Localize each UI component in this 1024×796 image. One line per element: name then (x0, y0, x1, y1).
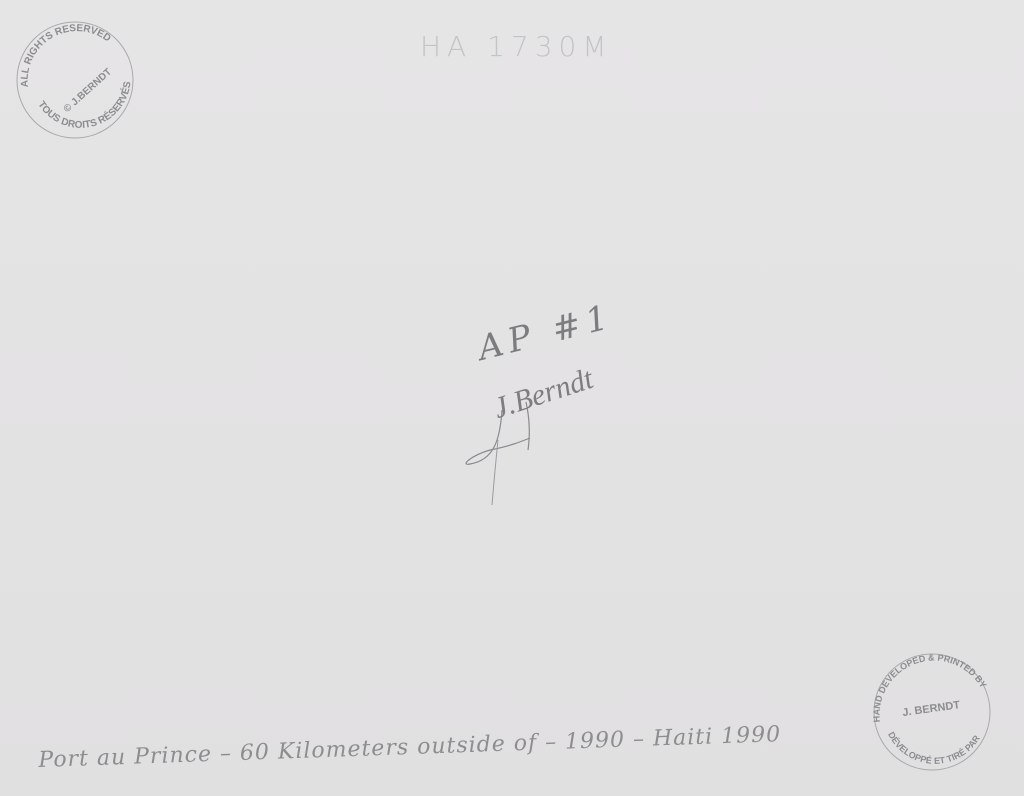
inventory-number: HA 1730M (420, 30, 613, 63)
edition-mark: AP #1 (474, 297, 618, 369)
copyright-stamp-graphic: ALL RIGHTS RESERVED TOUS DROITS RÉSERVÉS… (8, 12, 138, 142)
printer-stamp: HAND DEVELOPED & PRINTED BY DÉVELOPPÉ ET… (866, 648, 996, 768)
photo-verso-paper: ALL RIGHTS RESERVED TOUS DROITS RÉSERVÉS… (0, 0, 1024, 796)
artist-signature: J.Berndt (460, 380, 640, 510)
printer-stamp-graphic: HAND DEVELOPED & PRINTED BY DÉVELOPPÉ ET… (866, 648, 996, 768)
printer-stamp-center-text: J. BERNDT (902, 699, 961, 719)
copyright-stamp-center-text: © J.BERNDT (62, 67, 114, 115)
handwritten-caption: Port au Prince – 60 Kilometers outside o… (38, 722, 782, 773)
copyright-stamp: ALL RIGHTS RESERVED TOUS DROITS RÉSERVÉS… (8, 12, 138, 142)
